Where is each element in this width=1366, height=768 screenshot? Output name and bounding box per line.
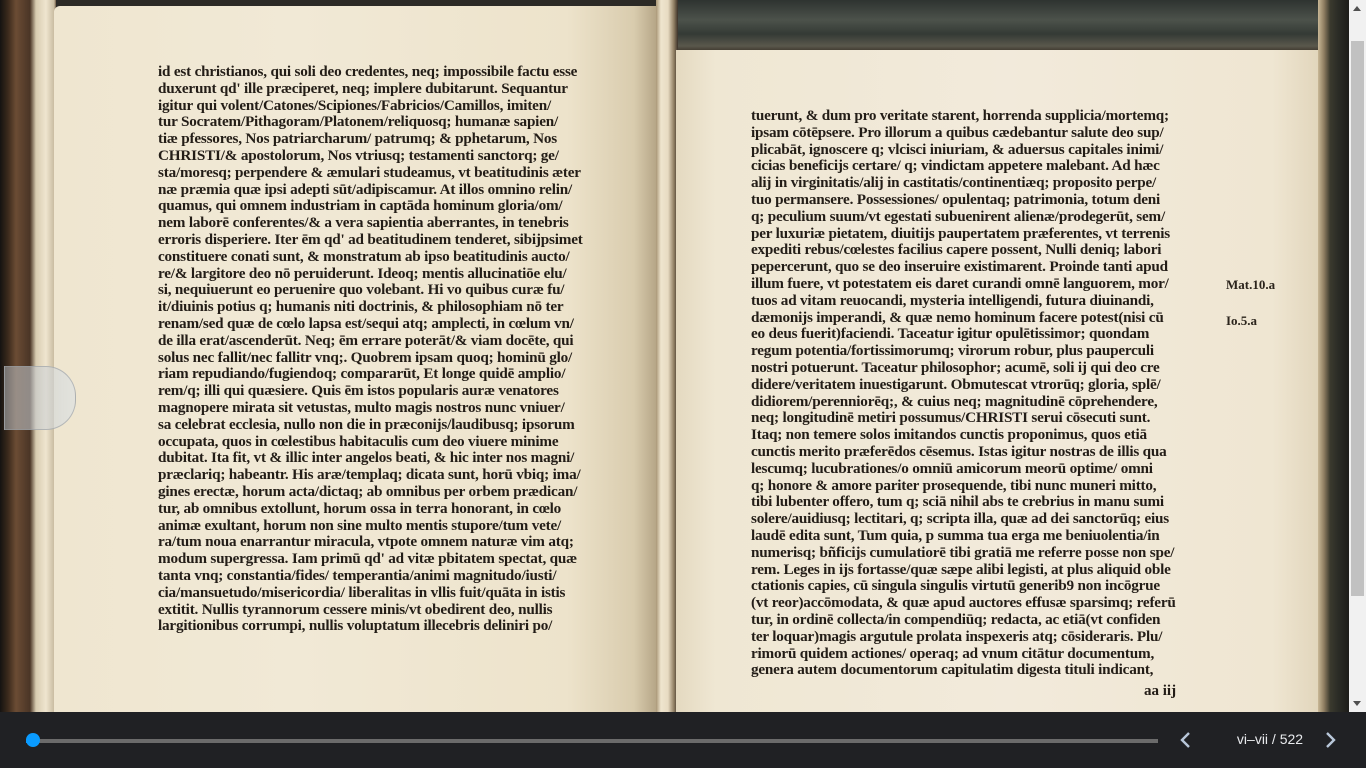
text-line: ipsam cōtēpsere. Pro illorum a quibus cæ… <box>751 125 1223 142</box>
text-line: neq; longitudinē metiri possumus/CHRISTI… <box>751 410 1223 427</box>
page-clip <box>4 366 76 430</box>
text-line: tuo permansere. Possessiones/ opulentaq;… <box>751 192 1223 209</box>
text-line: solere/auidiusq; lectitari, q; scripta i… <box>751 511 1223 528</box>
text-line: nem laborē conferentes/& a vera sapienti… <box>158 215 608 232</box>
book-cover-edge <box>676 0 1349 52</box>
text-line: quamus, qui omnem industriam in captāda … <box>158 198 608 215</box>
text-line: de illa erat/ascenderūt. Neq; ēm errare … <box>158 333 608 350</box>
triangle-down-icon <box>1353 701 1361 706</box>
text-line: alij in virginitatis/alij in castitatis/… <box>751 175 1223 192</box>
scroll-up-button[interactable] <box>1349 0 1366 17</box>
text-line: constituere conati sunt, & monstratum ab… <box>158 249 608 266</box>
text-line: eo deus fuerit)faciendi. Taceatur igitur… <box>751 326 1223 343</box>
text-line: renam/sed quæ de cœlo lapsa est/sequi at… <box>158 316 608 333</box>
text-line: didere/veritatem inuestigarunt. Obmutesc… <box>751 377 1223 394</box>
text-line: id est christianos, qui soli deo credent… <box>158 64 608 81</box>
text-line: modum supergressa. Iam primū qd' ad vitæ… <box>158 551 608 568</box>
text-line: (vt reor)accōmodata, & quæ apud auctores… <box>751 595 1223 612</box>
text-line: igitur qui volent/Catones/Scipiones/Fabr… <box>158 98 608 115</box>
margin-note: Io.5.a <box>1226 313 1257 329</box>
page-slider-track[interactable] <box>26 739 1158 743</box>
left-page-text: id est christianos, qui soli deo credent… <box>158 64 608 635</box>
bottom-toolbar: vi–vii / 522 <box>0 712 1366 768</box>
text-line: q; honore & amore pariter prosequende, t… <box>751 478 1223 495</box>
vertical-scrollbar[interactable] <box>1349 0 1366 712</box>
text-line: pepercerunt, quo se deo inseruire existi… <box>751 259 1223 276</box>
book-left-edge <box>0 0 56 712</box>
triangle-up-icon <box>1353 6 1361 11</box>
text-line: didiorem/perenniorēq;, & cuius neq; magn… <box>751 394 1223 411</box>
text-line: cunctis merito præferēdos cēsemus. Istas… <box>751 444 1223 461</box>
page-slider-thumb[interactable] <box>26 733 40 747</box>
text-line: re/& largitore deo nō peruiderunt. Ideoq… <box>158 266 608 283</box>
text-line: it/diuinis potius q; humanis niti doctri… <box>158 299 608 316</box>
text-line: næ præmia quæ ipsi adepti sūt/adipiscamu… <box>158 182 608 199</box>
text-line: præclariq; habeantr. His aræ/templaq; di… <box>158 467 608 484</box>
text-line: tanta vnq; constantia/fides/ temperantia… <box>158 568 608 585</box>
text-line: expediti rebus/cœlestes facilius capere … <box>751 242 1223 259</box>
book-gutter <box>656 0 678 712</box>
scroll-down-button[interactable] <box>1349 695 1366 712</box>
text-line: tuerunt, & dum pro veritate starent, hor… <box>751 108 1223 125</box>
text-line: plicabāt, ignoscere q; vlcisci iniuriam,… <box>751 142 1223 159</box>
text-line: lescumq; lucubrationes/o omniū amicorum … <box>751 461 1223 478</box>
book-right-edge <box>1318 0 1349 712</box>
text-line: tur Socratem/Pithagoram/Platonem/reliquo… <box>158 114 608 131</box>
text-line: cia/mansuetudo/misericordia/ liberalitas… <box>158 585 608 602</box>
right-page-text: tuerunt, & dum pro veritate starent, hor… <box>751 108 1223 679</box>
page-indicator: vi–vii / 522 <box>1222 731 1318 747</box>
text-line: animæ exultant, horum non sine multo men… <box>158 518 608 535</box>
signature-mark: aa iij <box>1144 683 1176 700</box>
text-line: tuos ad vitam reuocandi, mysteria intell… <box>751 293 1223 310</box>
text-line: extitit. Nullis tyrannorum cessere minis… <box>158 602 608 619</box>
text-line: dubitat. Ita fit, vt & illic inter angel… <box>158 450 608 467</box>
text-line: rem. Leges in ijs fortasse/quæ sæpe alib… <box>751 562 1223 579</box>
text-line: tur, ab omnibus extollunt, horum ossa in… <box>158 501 608 518</box>
text-line: tibi lubenter offero, tum q; sciā nihil … <box>751 494 1223 511</box>
text-line: sa celebrat ecclesia, nullo non die in p… <box>158 417 608 434</box>
text-line: genera autem documentorum capitulatim di… <box>751 662 1223 679</box>
text-line: Itaq; non temere solos imitandos cunctis… <box>751 427 1223 444</box>
text-line: riam repudiando/fugiendoq; compararūt, E… <box>158 366 608 383</box>
text-line: numerisq; bñficijs cumulatiorē tibi grat… <box>751 545 1223 562</box>
scroll-thumb[interactable] <box>1351 41 1364 596</box>
text-line: tiæ pfessores, Nos patriarcharum/ patrum… <box>158 131 608 148</box>
text-line: tur, in ordinē collecta/in compendiūq; r… <box>751 612 1223 629</box>
chevron-left-icon <box>1174 728 1198 752</box>
text-line: q; peculium suum/vt egestati subuenirent… <box>751 209 1223 226</box>
text-line: cicias beneficijs certare/ q; vindictam … <box>751 158 1223 175</box>
text-line: duxerunt qd' ille præciperet, neq; imple… <box>158 81 608 98</box>
text-line: gines erectæ, horum acta/dictaq; ab omni… <box>158 484 608 501</box>
text-line: laudē edita sunt, Tum quia, p summa tua … <box>751 528 1223 545</box>
text-line: dæmonijs imperandi, & quæ nemo hominum f… <box>751 310 1223 327</box>
book-viewer: id est christianos, qui soli deo credent… <box>0 0 1349 712</box>
text-line: solus nec fallit/nec fallitr vnq;. Quobr… <box>158 350 608 367</box>
previous-page-button[interactable] <box>1174 728 1198 752</box>
margin-note: Mat.10.a <box>1226 277 1275 293</box>
text-line: rimorū quidem actiones/ operaq; ad vnum … <box>751 646 1223 663</box>
text-line: regum potentia/fortissimorumq; virorum r… <box>751 343 1223 360</box>
text-line: ter loquar)magis argutule prolata inspex… <box>751 629 1223 646</box>
next-page-button[interactable] <box>1318 728 1342 752</box>
text-line: nostri potuerunt. Taceatur philosophor; … <box>751 360 1223 377</box>
text-line: largitionibus corrumpi, nullis voluptatu… <box>158 618 608 635</box>
text-line: illum fuere, vt potestatem eis daret cur… <box>751 276 1223 293</box>
chevron-right-icon <box>1318 728 1342 752</box>
text-line: magnopere mirata sit vetustas, multo mag… <box>158 400 608 417</box>
text-line: erroris disperiere. Iter ēm qd' ad beati… <box>158 232 608 249</box>
text-line: per luxuriæ pietatem, diuitijs paupertat… <box>751 226 1223 243</box>
text-line: ra/tum noua enarrantur miracula, vtpote … <box>158 534 608 551</box>
text-line: rem/q; illi qui quæsiere. Quis ēm istos … <box>158 383 608 400</box>
text-line: occupata, quos in cœlestibus habitaculis… <box>158 434 608 451</box>
text-line: CHRISTI/& apostolorum, Nos vtriusq; test… <box>158 148 608 165</box>
text-line: sta/moresq; perpendere & æmulari studeam… <box>158 165 608 182</box>
text-line: si, nequiuerunt eo peruenire quo voleban… <box>158 282 608 299</box>
text-line: ctationis capies, cū singula singulis vi… <box>751 578 1223 595</box>
